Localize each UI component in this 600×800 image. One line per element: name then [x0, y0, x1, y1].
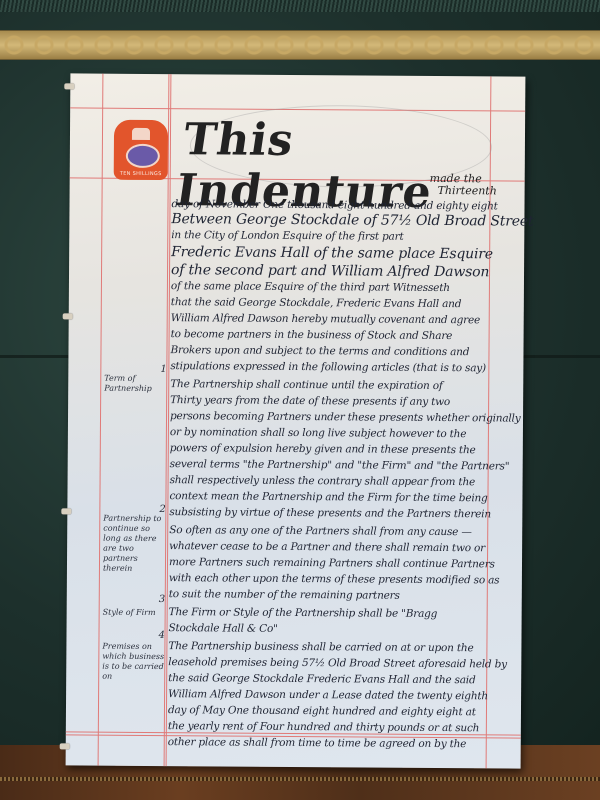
text-line: subsisting by virtue of these presents a… — [169, 506, 491, 520]
text-line: Thirty years from the date of these pres… — [170, 394, 450, 408]
text-line: persons becoming Partners under these pr… — [170, 410, 521, 424]
text-line: day of May One thousand eight hundred an… — [168, 704, 476, 718]
margin-note: Premises on which business is to be carr… — [102, 642, 164, 682]
text-line: of the second part and William Alfred Da… — [171, 262, 489, 280]
text-line: the said George Stockdale Frederic Evans… — [168, 672, 475, 686]
wood-inlay — [0, 777, 600, 781]
margin-note: Term of Partnership — [104, 374, 166, 394]
text-line: to become partners in the business of St… — [171, 328, 453, 342]
binding-tie — [63, 313, 73, 319]
tooled-edge — [0, 0, 600, 12]
text-line: Brokers upon and subject to the terms an… — [170, 344, 469, 358]
text-line: William Alfred Dawson under a Lease date… — [168, 688, 488, 702]
text-line: to suit the number of the remaining part… — [169, 588, 400, 602]
margin-note: Partnership to continue so long as there… — [103, 514, 165, 574]
text-line: with each other upon the terms of these … — [169, 572, 500, 586]
text-line: of the same place Esquire of the third p… — [171, 280, 450, 294]
text-line: stipulations expressed in the following … — [170, 360, 486, 374]
text-line: Stockdale Hall & Co" — [169, 622, 278, 635]
text-line: that the said George Stockdale, Frederic… — [171, 296, 462, 310]
text-line: The Firm or Style of the Partnership sha… — [169, 606, 438, 620]
text-line: the yearly rent of Four hundred and thir… — [168, 720, 479, 734]
text-line: shall respectively unless the contrary s… — [170, 474, 476, 488]
text-line: or by nomination shall so long live subj… — [170, 426, 466, 440]
binding-tie — [64, 83, 74, 89]
text-line: several terms "the Partnership" and "the… — [170, 458, 510, 472]
article-number: 3 — [159, 594, 165, 605]
text-line: day of November One thousand eight hundr… — [171, 198, 497, 212]
stamp-value: TEN SHILLINGS — [120, 171, 162, 177]
article-number: 4 — [158, 630, 164, 641]
heading-date: Thirteenth — [438, 184, 497, 197]
text-line: more Partners such remaining Partners sh… — [169, 556, 495, 570]
binding-tie — [60, 743, 70, 749]
text-line: The Partnership shall continue until the… — [170, 378, 442, 392]
seal-icon — [126, 144, 160, 168]
text-line: Between George Stockdale of 57½ Old Broa… — [171, 211, 533, 230]
text-line: Frederic Evans Hall of the same place Es… — [171, 244, 493, 262]
text-line: The Partnership business shall be carrie… — [168, 640, 473, 654]
revenue-stamp: TEN SHILLINGS — [114, 120, 168, 180]
crown-icon — [132, 128, 150, 140]
gold-tooled-border — [0, 30, 600, 60]
text-line: William Alfred Dawson hereby mutually co… — [171, 312, 480, 326]
text-line: whatever cease to be a Partner and there… — [169, 540, 485, 554]
text-line: leasehold premises being 57½ Old Broad S… — [168, 656, 507, 670]
text-line: So often as any one of the Partners shal… — [169, 524, 471, 538]
text-line: in the City of London Esquire of the fir… — [171, 229, 403, 243]
indenture-document: TEN SHILLINGS This Indenture made the Th… — [66, 73, 526, 768]
text-line: powers of expulsion hereby given and in … — [170, 442, 476, 456]
text-line: context mean the Partnership and the Fir… — [169, 490, 487, 504]
margin-note: Style of Firm — [103, 608, 165, 618]
text-line: other place as shall from time to time b… — [168, 736, 467, 750]
binding-tie — [61, 508, 71, 514]
